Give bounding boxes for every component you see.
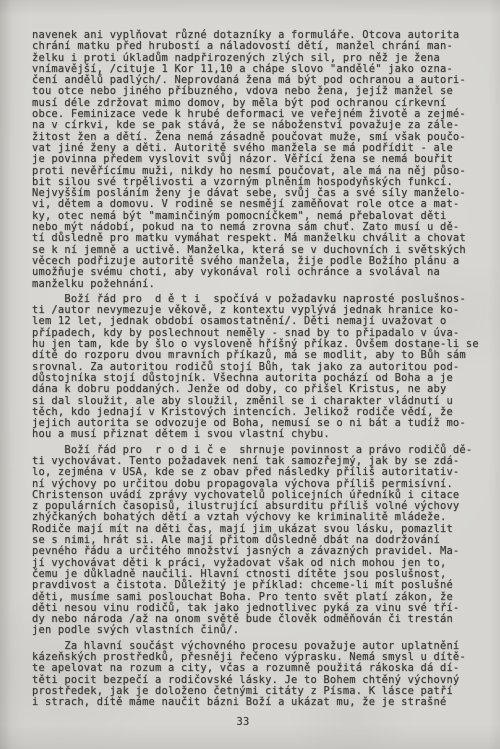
page-text: navenek ani vyplňovat různé dotazníky a … <box>32 30 479 709</box>
paragraph: navenek ani vyplňovat různé dotazníky a … <box>32 30 479 290</box>
paragraph: Boží řád pro d ě t i spočívá v požadavku… <box>32 294 479 441</box>
scanned-page: navenek ani vyplňovat různé dotazníky a … <box>0 0 500 749</box>
paragraph: Za hlavní součást výchovného procesu pov… <box>32 641 479 709</box>
page-number: 33 <box>0 716 486 728</box>
paragraph: Boží řád pro r o d i č e shrnuje povinno… <box>32 445 479 637</box>
